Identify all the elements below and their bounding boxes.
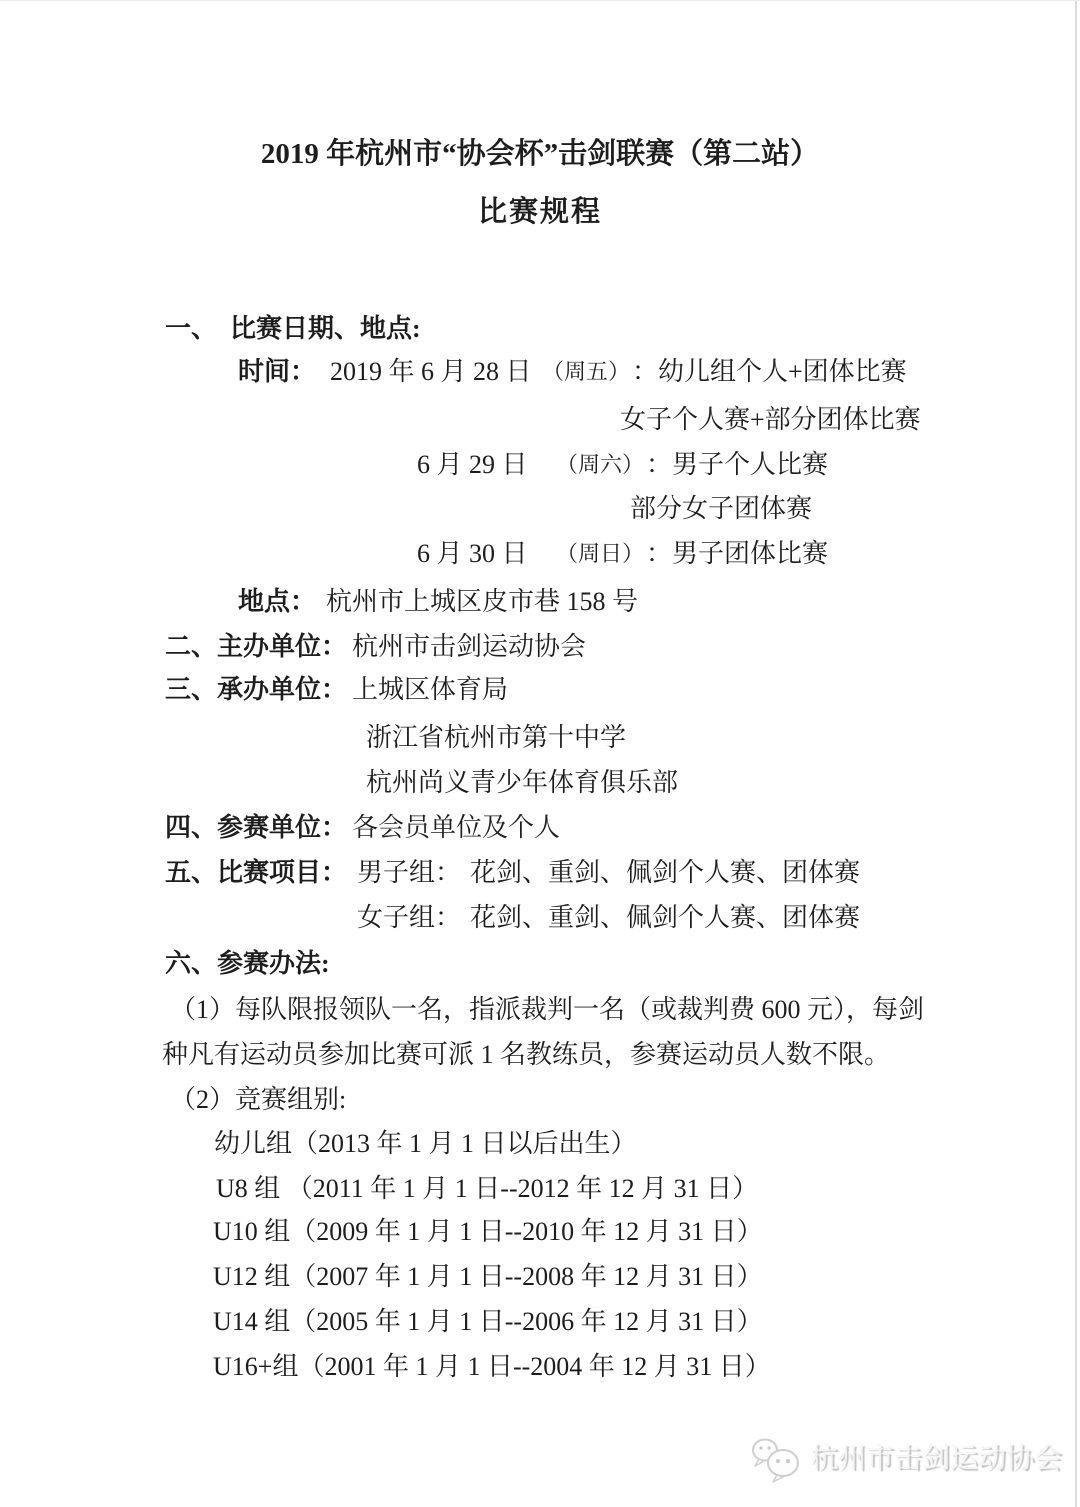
- text-line: 幼儿组（2013 年 1 月 1 日以后出生）: [0, 1121, 1080, 1166]
- text-segment: 6 月 30 日: [417, 531, 528, 576]
- document-subtitle: 比赛规程: [0, 190, 1080, 235]
- text-segment: 比赛日期、地点:: [230, 306, 421, 351]
- text-segment: （周五）: [542, 349, 630, 394]
- text-segment: 地点：: [238, 579, 316, 624]
- text-segment: 浙江省杭州市第十中学: [366, 715, 626, 760]
- text-segment: 上城区体育局: [352, 667, 508, 712]
- text-segment: 女子个人赛+部分团体比赛: [620, 397, 921, 442]
- text-segment: （2）竞赛组别:: [170, 1077, 346, 1122]
- text-segment: 女子组：: [357, 895, 461, 940]
- text-segment: ：幼儿组个人+团体比赛: [632, 349, 907, 394]
- text-segment: U16+组（2001 年 1 月 1 日--2004 年 12 月 31 日）: [213, 1344, 771, 1389]
- text-segment: （周六）: [556, 442, 644, 487]
- text-segment: 幼儿组（2013 年 1 月 1 日以后出生）: [214, 1121, 637, 1166]
- text-line: U16+组（2001 年 1 月 1 日--2004 年 12 月 31 日）: [0, 1344, 1080, 1389]
- text-segment: 杭州尚义青少年体育俱乐部: [366, 760, 678, 805]
- text-line: （2）竞赛组别:: [0, 1077, 1080, 1122]
- text-line: 种凡有运动员参加比赛可派 1 名教练员，参赛运动员人数不限。: [0, 1032, 1080, 1077]
- text-segment: 男子组：: [357, 850, 461, 895]
- text-line: 五、比赛项目：男子组：花剑、重剑、佩剑个人赛、团体赛: [0, 850, 1080, 895]
- text-segment: 六、参赛办法:: [165, 941, 330, 986]
- text-segment: 三、承办单位：: [165, 667, 347, 712]
- text-line: 六、参赛办法:: [0, 941, 1080, 986]
- watermark: 杭州市击剑运动协会: [750, 1431, 1062, 1487]
- text-line: 部分女子团体赛: [0, 486, 1080, 531]
- text-segment: 2019 年 6 月 28 日: [330, 349, 532, 394]
- text-segment: U12 组（2007 年 1 月 1 日--2008 年 12 月 31 日）: [213, 1254, 763, 1299]
- text-segment: 时间：: [238, 349, 316, 394]
- text-line: 一、比赛日期、地点:: [0, 306, 1080, 351]
- text-segment: 各会员单位及个人: [352, 805, 560, 850]
- text-segment: 花剑、重剑、佩剑个人赛、团体赛: [470, 850, 860, 895]
- text-line: 杭州尚义青少年体育俱乐部: [0, 760, 1080, 805]
- text-segment: 杭州市上城区皮市巷 158 号: [326, 579, 638, 624]
- document-title: 2019 年杭州市“协会杯”击剑联赛（第二站）: [0, 132, 1080, 177]
- text-line: 6 月 30 日（周日）：男子团体比赛: [0, 531, 1080, 576]
- text-line: 地点：杭州市上城区皮市巷 158 号: [0, 579, 1080, 624]
- text-line: 三、承办单位：上城区体育局: [0, 667, 1080, 712]
- watermark-text: 杭州市击剑运动协会: [810, 1431, 1062, 1487]
- text-segment: 种凡有运动员参加比赛可派 1 名教练员，参赛运动员人数不限。: [162, 1032, 890, 1077]
- text-line: （1）每队限报领队一名，指派裁判一名（或裁判费 600 元），每剑: [0, 987, 1080, 1032]
- text-segment: 四、参赛单位：: [165, 805, 347, 850]
- text-line: 四、参赛单位：各会员单位及个人: [0, 805, 1080, 850]
- document-page: 2019 年杭州市“协会杯”击剑联赛（第二站） 比赛规程 一、比赛日期、地点:时…: [0, 0, 1080, 1507]
- text-line: 女子个人赛+部分团体比赛: [0, 397, 1080, 442]
- text-segment: ：男子个人比赛: [646, 442, 828, 487]
- text-line: U14 组（2005 年 1 月 1 日--2006 年 12 月 31 日）: [0, 1299, 1080, 1344]
- text-segment: （周日）: [556, 531, 644, 576]
- text-line: 6 月 29 日（周六）：男子个人比赛: [0, 442, 1080, 487]
- text-line: U10 组（2009 年 1 月 1 日--2010 年 12 月 31 日）: [0, 1209, 1080, 1254]
- text-segment: 花剑、重剑、佩剑个人赛、团体赛: [470, 895, 860, 940]
- text-segment: 6 月 29 日: [417, 442, 528, 487]
- wechat-logo-icon: [750, 1435, 802, 1483]
- text-line: 女子组：花剑、重剑、佩剑个人赛、团体赛: [0, 895, 1080, 940]
- text-segment: U8 组 （2011 年 1 月 1 日--2012 年 12 月 31 日）: [216, 1166, 758, 1211]
- text-segment: U14 组（2005 年 1 月 1 日--2006 年 12 月 31 日）: [213, 1299, 763, 1344]
- text-line: U12 组（2007 年 1 月 1 日--2008 年 12 月 31 日）: [0, 1254, 1080, 1299]
- text-segment: ：男子团体比赛: [646, 531, 828, 576]
- text-line: 二、主办单位：杭州市击剑运动协会: [0, 624, 1080, 669]
- text-line: 浙江省杭州市第十中学: [0, 715, 1080, 760]
- text-line: U8 组 （2011 年 1 月 1 日--2012 年 12 月 31 日）: [0, 1166, 1080, 1211]
- page-right-edge: [1075, 1, 1077, 1507]
- text-segment: 五、比赛项目：: [165, 850, 347, 895]
- text-segment: U10 组（2009 年 1 月 1 日--2010 年 12 月 31 日）: [213, 1209, 763, 1254]
- text-segment: 杭州市击剑运动协会: [352, 624, 586, 669]
- text-segment: （1）每队限报领队一名，指派裁判一名（或裁判费 600 元），每剑: [170, 987, 924, 1032]
- text-segment: 部分女子团体赛: [630, 486, 812, 531]
- text-segment: 一、: [165, 306, 217, 351]
- text-line: 时间：2019 年 6 月 28 日（周五）：幼儿组个人+团体比赛: [0, 349, 1080, 394]
- text-segment: 二、主办单位：: [165, 624, 347, 669]
